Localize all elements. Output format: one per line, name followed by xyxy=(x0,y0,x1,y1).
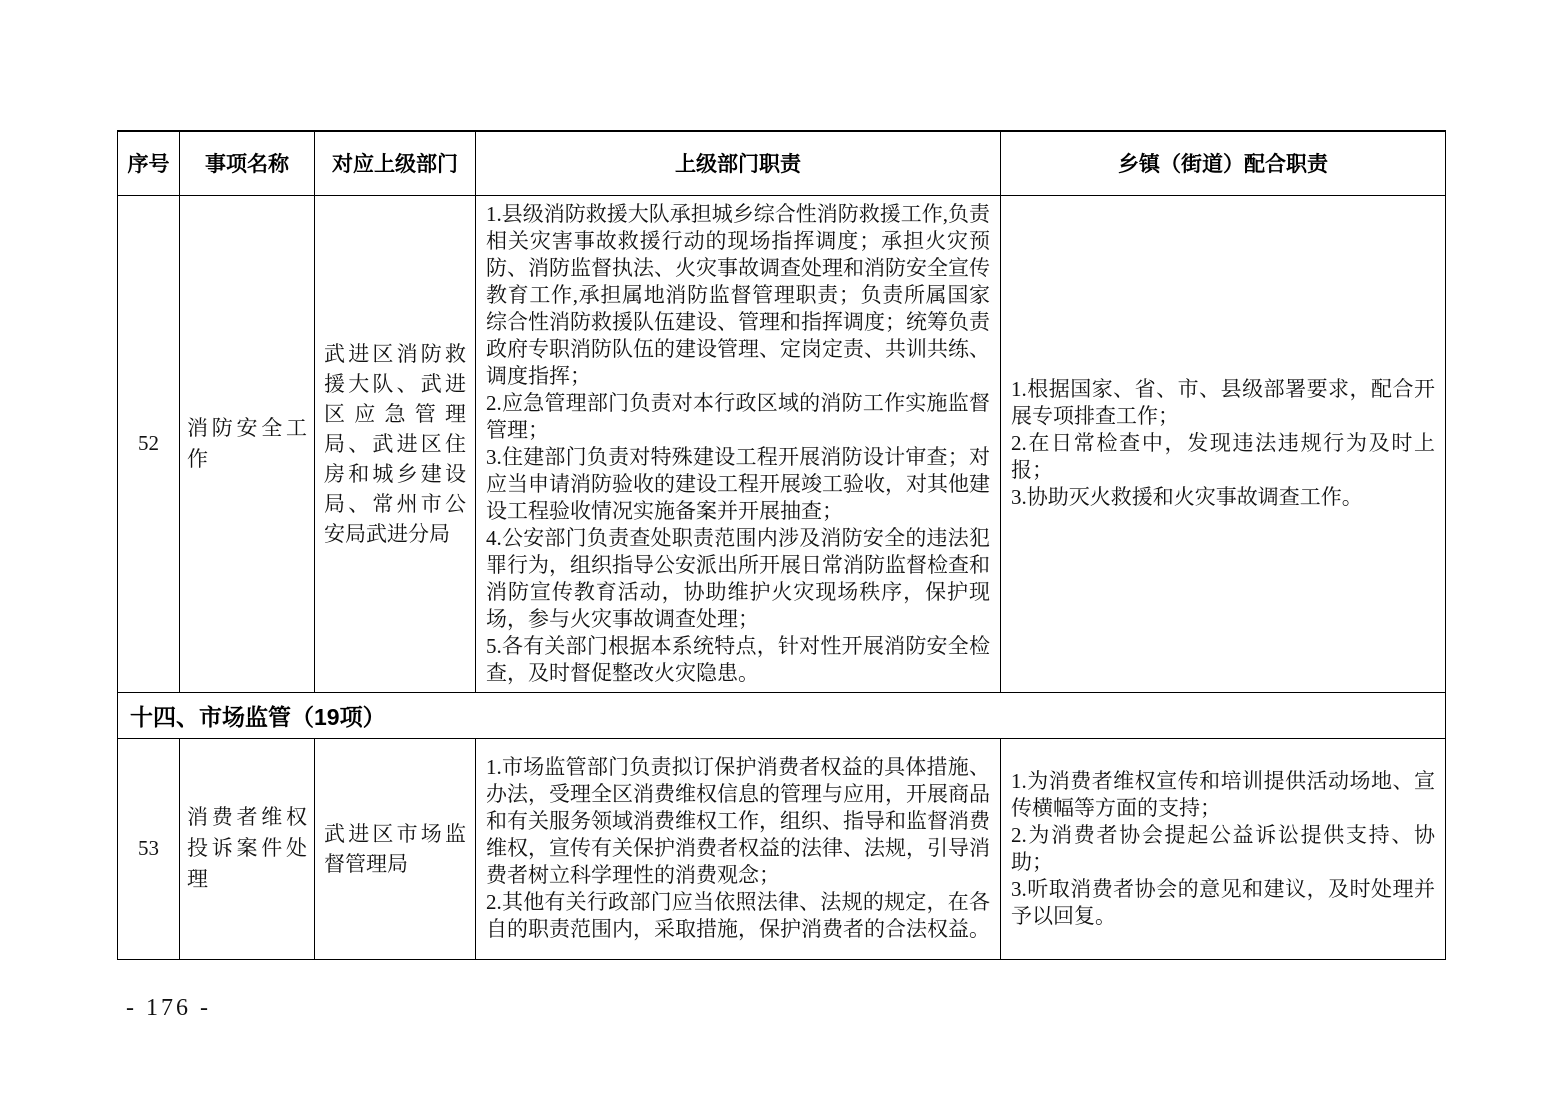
column-header-department: 对应上级部门 xyxy=(315,131,476,195)
department-cell: 武进区消防救援大队、武进区应急管理局、武进区住房和城乡建设局、常州市公安局武进分… xyxy=(315,195,476,692)
superior-duties-cell: 1.县级消防救援大队承担城乡综合性消防救援工作,负责相关灾害事故救援行动的现场指… xyxy=(476,195,1001,692)
section-header-row: 十四、市场监管（19项） xyxy=(118,692,1446,738)
duty-item: 1.为消费者维权宣传和培训提供活动场地、宣传横幅等方面的支持； xyxy=(1011,768,1435,822)
superior-duties-cell: 1.市场监管部门负责拟订保护消费者权益的具体措施、办法，受理全区消费维权信息的管… xyxy=(476,738,1001,959)
duty-item: 1.县级消防救援大队承担城乡综合性消防救援工作,负责相关灾害事故救援行动的现场指… xyxy=(486,201,990,390)
department-cell: 武进区市场监督管理局 xyxy=(315,738,476,959)
duty-item: 2.在日常检查中，发现违法违规行为及时上报； xyxy=(1011,430,1435,484)
header-row: 序号 事项名称 对应上级部门 上级部门职责 乡镇（街道）配合职责 xyxy=(118,131,1446,195)
duty-item: 3.住建部门负责对特殊建设工程开展消防设计审查；对应当申请消防验收的建设工程开展… xyxy=(486,444,990,525)
page-number: - 176 - xyxy=(126,995,211,1022)
seq-cell: 53 xyxy=(118,738,180,959)
duty-item: 2.应急管理部门负责对本行政区域的消防工作实施监督管理； xyxy=(486,390,990,444)
column-header-township-duties: 乡镇（街道）配合职责 xyxy=(1001,131,1446,195)
duty-item: 1.根据国家、省、市、县级部署要求，配合开展专项排查工作； xyxy=(1011,376,1435,430)
column-header-seq: 序号 xyxy=(118,131,180,195)
township-duties-cell: 1.根据国家、省、市、县级部署要求，配合开展专项排查工作； 2.在日常检查中，发… xyxy=(1001,195,1446,692)
document-page: 序号 事项名称 对应上级部门 上级部门职责 乡镇（街道）配合职责 52 消防安全… xyxy=(0,0,1559,1102)
duty-item: 3.听取消费者协会的意见和建议，及时处理并予以回复。 xyxy=(1011,876,1435,930)
column-header-superior-duties: 上级部门职责 xyxy=(476,131,1001,195)
duty-item: 2.为消费者协会提起公益诉讼提供支持、协助； xyxy=(1011,822,1435,876)
column-header-item-name: 事项名称 xyxy=(180,131,315,195)
item-name-cell: 消费者维权投诉案件处理 xyxy=(180,738,315,959)
table-row-52: 52 消防安全工作 武进区消防救援大队、武进区应急管理局、武进区住房和城乡建设局… xyxy=(118,195,1446,692)
table-row-53: 53 消费者维权投诉案件处理 武进区市场监督管理局 1.市场监管部门负责拟订保护… xyxy=(118,738,1446,959)
township-duties-cell: 1.为消费者维权宣传和培训提供活动场地、宣传横幅等方面的支持； 2.为消费者协会… xyxy=(1001,738,1446,959)
duty-item: 3.协助灭火救援和火灾事故调查工作。 xyxy=(1011,484,1435,511)
seq-cell: 52 xyxy=(118,195,180,692)
responsibility-table: 序号 事项名称 对应上级部门 上级部门职责 乡镇（街道）配合职责 52 消防安全… xyxy=(117,130,1446,960)
duty-item: 1.市场监管部门负责拟订保护消费者权益的具体措施、办法，受理全区消费维权信息的管… xyxy=(486,754,990,889)
section-header: 十四、市场监管（19项） xyxy=(118,692,1446,738)
duty-item: 2.其他有关行政部门应当依照法律、法规的规定，在各自的职责范围内，采取措施，保护… xyxy=(486,889,990,943)
duty-item: 4.公安部门负责查处职责范围内涉及消防安全的违法犯罪行为，组织指导公安派出所开展… xyxy=(486,525,990,633)
duty-item: 5.各有关部门根据本系统特点，针对性开展消防安全检查，及时督促整改火灾隐患。 xyxy=(486,633,990,687)
item-name-cell: 消防安全工作 xyxy=(180,195,315,692)
